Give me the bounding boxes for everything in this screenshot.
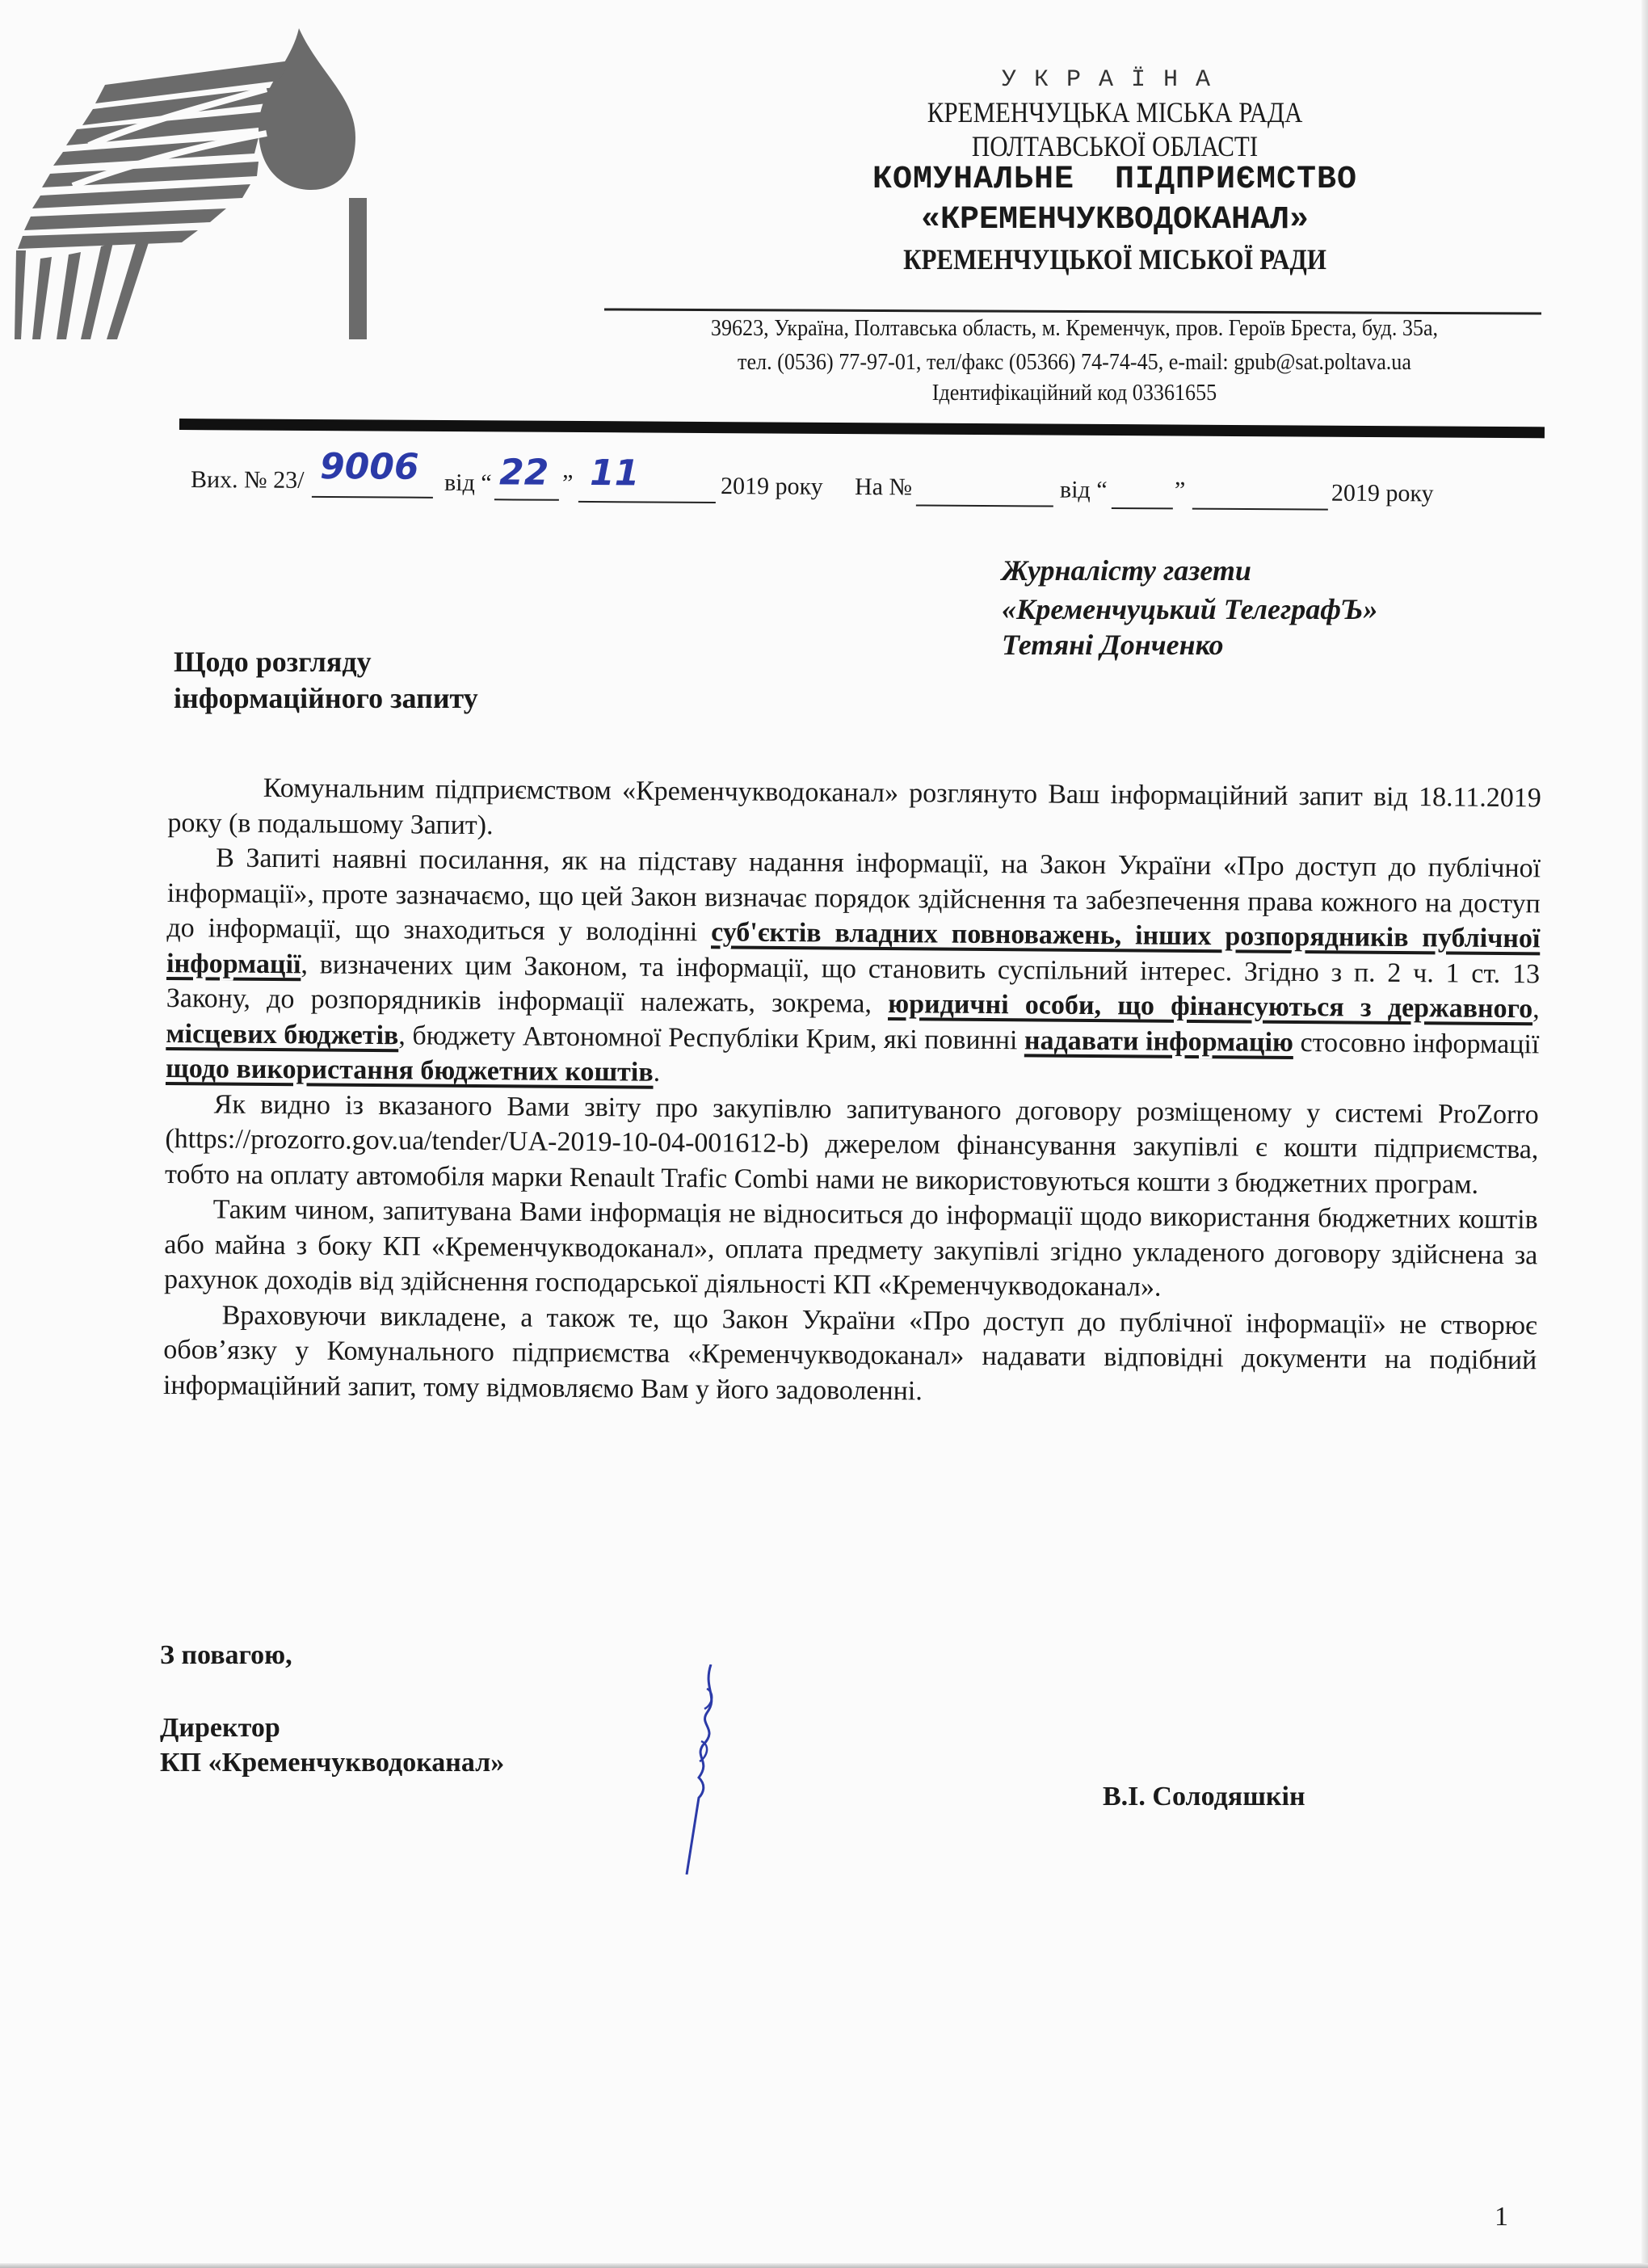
- header-divider: [604, 308, 1541, 314]
- letterhead-contacts: тел. (0536) 77-97-01, тел/факс (05366) 7…: [645, 349, 1503, 376]
- in-reply-quote-close: ”: [1175, 477, 1186, 504]
- in-reply-from-label: від “: [1060, 477, 1108, 504]
- letterhead-enterprise-name: «КРЕМЕНЧУКВОДОКАНАЛ»: [808, 202, 1422, 238]
- in-reply-day-blank: [1112, 478, 1173, 509]
- subject-line-1: Щодо розгляду: [174, 645, 372, 679]
- paragraph-5: Враховуючи викладене, а також те, що Зак…: [163, 1297, 1537, 1413]
- letterhead-council: КРЕМЕНЧУЦЬКА МІСЬКА РАДА: [851, 95, 1379, 129]
- letterhead-oblast: ПОЛТАВСЬКОЇ ОБЛАСТІ: [851, 129, 1379, 163]
- paragraph-1: Комунальним підприємством «Кременчукводо…: [167, 770, 1541, 851]
- in-reply-number-label: На №: [855, 473, 912, 501]
- signer-name: В.І. Солодяшкін: [1103, 1782, 1305, 1812]
- outgoing-number-handwritten: 9006: [320, 446, 419, 488]
- emphasis-provide-information: надавати інформацію: [1024, 1025, 1293, 1058]
- signer-position: Директор: [160, 1713, 280, 1744]
- date-from-label: від “: [444, 469, 492, 497]
- paragraph-2-text: , бюджету Автономної Республіки Крим, як…: [398, 1020, 1024, 1055]
- outgoing-number-label: Вих. № 23/: [191, 466, 305, 494]
- emphasis-local-budgets: місцевих бюджетів: [166, 1018, 398, 1050]
- paragraph-2-text: .: [654, 1058, 661, 1088]
- emphasis-legal-entities: юридичні особи, що фінансуються з держав…: [888, 989, 1532, 1024]
- paragraph-2-text: стосовно інформації: [1293, 1027, 1540, 1058]
- date-quote-close: ”: [562, 470, 574, 498]
- paragraph-3: Як видно із вказаного Вами звіту про зак…: [165, 1086, 1539, 1202]
- paragraph-2: В Запиті наявні посилання, як на підстав…: [166, 840, 1541, 1097]
- water-drop-logo-icon: [0, 0, 380, 339]
- year-label: 2019 року: [721, 473, 823, 501]
- letterhead-city-council: КРЕМЕНЧУЦЬКОЇ МІСЬКОЇ РАДИ: [851, 242, 1379, 276]
- scan-edge-shadow: [1642, 0, 1648, 2268]
- paragraph-2-text: ,: [1532, 994, 1540, 1024]
- reference-line: Вих. № 23/ 9006 від “ 22 ” 11 2019 року …: [191, 457, 1532, 521]
- closing-regards: З повагою,: [160, 1640, 292, 1671]
- letterhead-thick-divider: [179, 419, 1545, 438]
- paragraph-4: Таким чином, запитувана Вами інформація …: [164, 1192, 1538, 1308]
- emphasis-budget-funds: щодо використання бюджетних коштів: [166, 1054, 654, 1088]
- letter-body: Комунальним підприємством «Кременчукводо…: [163, 770, 1541, 1413]
- addressee-newspaper: «Кременчуцький ТелеграфЪ»: [1002, 592, 1377, 626]
- handwritten-signature-icon: [662, 1664, 759, 1875]
- in-reply-number-blank: [916, 475, 1053, 507]
- in-reply-month-blank: [1192, 479, 1328, 511]
- in-reply-year-label: 2019 року: [1331, 480, 1434, 508]
- addressee-name: Тетяні Донченко: [1002, 628, 1223, 662]
- letterhead-id-code: Ідентифікаційний код 03361655: [645, 380, 1503, 406]
- month-handwritten: 11: [590, 452, 640, 494]
- day-handwritten: 22: [499, 452, 549, 493]
- signer-organization: КП «Кременчукводоканал»: [160, 1748, 504, 1778]
- page-number: 1: [1495, 2202, 1508, 2232]
- scan-bottom-shadow: [0, 2263, 1648, 2268]
- letterhead-enterprise-type: КОМУНАЛЬНЕ ПІДПРИЄМСТВО: [808, 162, 1422, 198]
- letterhead-address: 39623, Україна, Полтавська область, м. К…: [645, 315, 1503, 342]
- addressee-position: Журналісту газети: [1002, 553, 1251, 587]
- letterhead-country: УКРАЇНА: [808, 66, 1422, 94]
- subject-line-2: інформаційного запиту: [174, 681, 478, 715]
